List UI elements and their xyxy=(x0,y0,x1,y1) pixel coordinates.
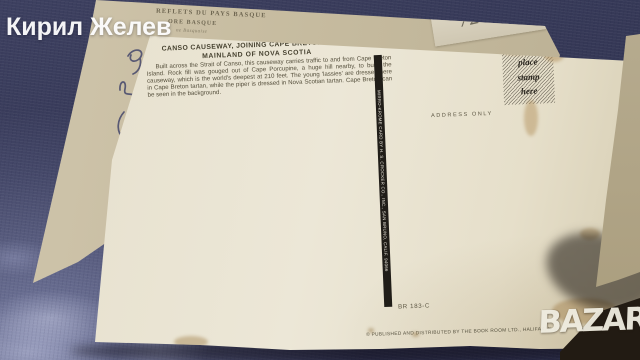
seller-watermark: Кирил Желев xyxy=(6,13,171,42)
stamp-box-line3: here xyxy=(503,83,555,100)
divider-bar: MIRRO-KROME CARD BY H. S. CROCKER CO., I… xyxy=(374,55,392,307)
back-postcard-subtitle: ORE BASQUE xyxy=(168,19,217,27)
back-postcard-caption: ne Basquaise xyxy=(176,28,208,34)
back-postcard-title: REFLETS DU PAYS BASQUE xyxy=(156,8,267,20)
stain xyxy=(368,328,374,333)
postcard-description: Built across the Strait of Canso, this c… xyxy=(146,54,392,99)
bazar-logo: BAZAR xyxy=(537,301,640,359)
postcard-photo: REFLETS DU PAYS BASQUE ORE BASQUE ne Bas… xyxy=(0,0,640,360)
divider-credit-text: MIRRO-KROME CARD BY H. S. CROCKER CO., I… xyxy=(376,90,389,272)
card-number: BR 183-C xyxy=(387,302,441,311)
stain xyxy=(412,332,419,337)
address-only-label: ADDRESS ONLY xyxy=(424,111,500,120)
stain xyxy=(524,100,538,136)
